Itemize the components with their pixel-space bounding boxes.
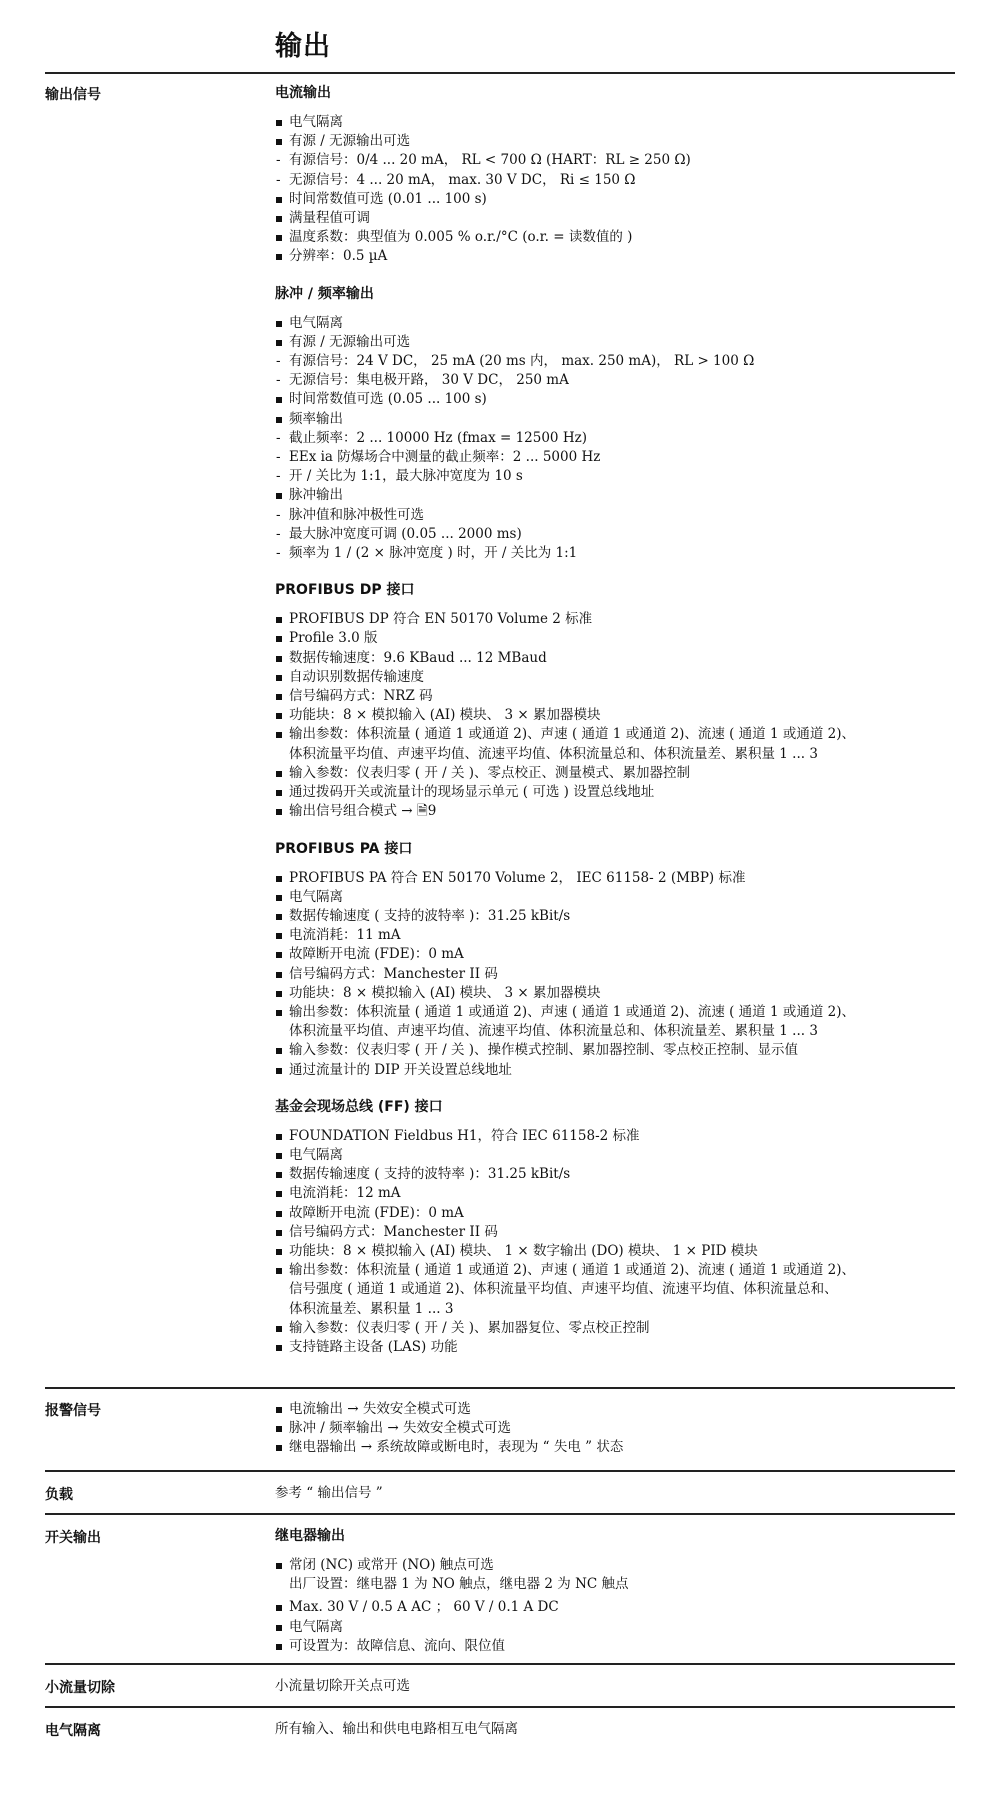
list-item: Max. 30 V / 0.5 A AC ； 60 V / 0.1 A DC [275,1598,955,1617]
list-item: 脉冲输出 脉冲值和脉冲极性可选 最大脉冲宽度可调 (0.05 ... 2000 … [275,486,955,563]
section-body: 小流量切除开关点可选 [275,1677,955,1696]
sub-list-item: 有源信号：0/4 ... 20 mA， RL < 700 Ω (HART：RL … [275,151,955,170]
list-item: 有源 / 无源输出可选 有源信号：24 V DC， 25 mA (20 ms 内… [275,333,955,391]
section-text: 参考 “ 输出信号 ” [275,1484,955,1503]
bullet-list: 电流输出 → 失效安全模式可选 脉冲 / 频率输出 → 失效安全模式可选 继电器… [275,1400,955,1458]
list-item: 输出参数：体积流量 ( 通道 1 或通道 2)、声速 ( 通道 1 或通道 2)… [275,1003,955,1041]
list-item-continuation: 体积流量平均值、声速平均值、流速平均值、体积流量总和、体积流量差、累积量 1 .… [289,745,955,764]
section-body: 所有输入、输出和供电电路相互电气隔离 [275,1720,955,1739]
list-item: Profile 3.0 版 [275,629,955,648]
section-divider [45,1706,955,1708]
list-item: 分辨率：0.5 µA [275,247,955,266]
list-item-continuation: 体积流量差、累积量 1 ... 3 [289,1300,955,1319]
list-item: 输出参数：体积流量 ( 通道 1 或通道 2)、声速 ( 通道 1 或通道 2)… [275,725,955,763]
title-divider [45,72,955,74]
list-item: 常闭 (NC) 或常开 (NO) 触点可选出厂设置：继电器 1 为 NO 触点，… [275,1556,955,1594]
list-item: 支持链路主设备 (LAS) 功能 [275,1338,955,1357]
section-divider [45,1387,955,1389]
list-item: 功能块：8 × 模拟输入 (AI) 模块、 3 × 累加器模块 [275,706,955,725]
list-item: FOUNDATION Fieldbus H1，符合 IEC 61158-2 标准 [275,1127,955,1146]
group-profibus-pa: PROFIBUS PA 接口 PROFIBUS PA 符合 EN 50170 V… [275,840,955,1080]
list-item: PROFIBUS DP 符合 EN 50170 Volume 2 标准 [275,610,955,629]
list-item: 温度系数：典型值为 0.005 % o.r./°C (o.r. = 读数值的 ) [275,228,955,247]
list-item: 满量程值可调 [275,209,955,228]
sub-list-item: 频率为 1 / (2 × 脉冲宽度 ) 时，开 / 关比为 1:1 [275,544,955,563]
list-item: 数据传输速度：9.6 KBaud ... 12 MBaud [275,649,955,668]
sub-list: 有源信号：0/4 ... 20 mA， RL < 700 Ω (HART：RL … [275,151,955,189]
group-title: 基金会现场总线 (FF) 接口 [275,1098,955,1117]
list-item: 数据传输速度 ( 支持的波特率 )：31.25 kBit/s [275,1165,955,1184]
list-item: 通过拨码开关或流量计的现场显示单元 ( 可选 ) 设置总线地址 [275,783,955,802]
list-item: 频率输出 截止频率：2 ... 10000 Hz (fmax = 12500 H… [275,410,955,487]
group-current-output: 电流输出 电气隔离 有源 / 无源输出可选 有源信号：0/4 ... 20 mA… [275,84,955,267]
group-title: 电流输出 [275,84,955,103]
list-item: 功能块：8 × 模拟输入 (AI) 模块、 1 × 数字输出 (DO) 模块、 … [275,1242,955,1261]
list-item: 电气隔离 [275,1146,955,1165]
section-body: 电流输出 电气隔离 有源 / 无源输出可选 有源信号：0/4 ... 20 mA… [275,84,955,1375]
list-item: 故障断开电流 (FDE)：0 mA [275,945,955,964]
section-body: 电流输出 → 失效安全模式可选 脉冲 / 频率输出 → 失效安全模式可选 继电器… [275,1400,955,1458]
list-item: 输出参数：体积流量 ( 通道 1 或通道 2)、声速 ( 通道 1 或通道 2)… [275,1261,955,1319]
section-divider [45,1513,955,1515]
sub-list-item: 无源信号：4 ... 20 mA， max. 30 V DC， Ri ≤ 150… [275,171,955,190]
group-title: PROFIBUS DP 接口 [275,581,955,600]
list-item: 信号编码方式：Manchester II 码 [275,965,955,984]
list-item: 继电器输出 → 系统故障或断电时，表现为 “ 失电 ” 状态 [275,1438,955,1457]
group-profibus-dp: PROFIBUS DP 接口 PROFIBUS DP 符合 EN 50170 V… [275,581,955,821]
list-item: 输出信号组合模式 → 🗎9 [275,802,955,821]
list-item: 脉冲 / 频率输出 → 失效安全模式可选 [275,1419,955,1438]
sub-list: 脉冲值和脉冲极性可选 最大脉冲宽度可调 (0.05 ... 2000 ms) 频… [275,506,955,564]
list-item: PROFIBUS PA 符合 EN 50170 Volume 2， IEC 61… [275,869,955,888]
list-item-continuation: 信号强度 ( 通道 1 或通道 2)、体积流量平均值、声速平均值、流速平均值、体… [289,1280,955,1299]
section-label: 输出信号 [45,84,101,104]
list-item: 电气隔离 [275,1618,955,1637]
list-item: 故障断开电流 (FDE)：0 mA [275,1204,955,1223]
list-item: 有源 / 无源输出可选 有源信号：0/4 ... 20 mA， RL < 700… [275,132,955,190]
list-item: 电气隔离 [275,314,955,333]
list-item: 数据传输速度 ( 支持的波特率 )：31.25 kBit/s [275,907,955,926]
group-foundation-fieldbus: 基金会现场总线 (FF) 接口 FOUNDATION Fieldbus H1，符… [275,1098,955,1357]
page-title: 输出 [275,24,331,63]
section-label: 报警信号 [45,1400,101,1420]
sub-list-item: 开 / 关比为 1:1，最大脉冲宽度为 10 s [275,467,955,486]
section-label: 负载 [45,1484,73,1504]
list-item: 电流消耗：12 mA [275,1184,955,1203]
list-item: 输入参数：仪表归零 ( 开 / 关 )、累加器复位、零点校正控制 [275,1319,955,1338]
list-item: 信号编码方式：NRZ 码 [275,687,955,706]
list-item: 自动识别数据传输速度 [275,668,955,687]
bullet-list: 常闭 (NC) 或常开 (NO) 触点可选出厂设置：继电器 1 为 NO 触点，… [275,1556,955,1656]
section-divider [45,1663,955,1665]
list-item: 电气隔离 [275,113,955,132]
group-title: 继电器输出 [275,1527,955,1546]
list-item-continuation: 体积流量平均值、声速平均值、流速平均值、体积流量总和、体积流量差、累积量 1 .… [289,1022,955,1041]
sub-list-item: 最大脉冲宽度可调 (0.05 ... 2000 ms) [275,525,955,544]
section-label: 开关输出 [45,1527,101,1547]
group-title: PROFIBUS PA 接口 [275,840,955,859]
section-label: 小流量切除 [45,1677,115,1697]
bullet-list: PROFIBUS DP 符合 EN 50170 Volume 2 标准 Prof… [275,610,955,821]
sub-list: 截止频率：2 ... 10000 Hz (fmax = 12500 Hz) EE… [275,429,955,487]
group-pulse-frequency-output: 脉冲 / 频率输出 电气隔离 有源 / 无源输出可选 有源信号：24 V DC，… [275,285,955,564]
sub-list-item: EEx ia 防爆场合中测量的截止频率：2 ... 5000 Hz [275,448,955,467]
section-body: 参考 “ 输出信号 ” [275,1484,955,1503]
list-item: 可设置为：故障信息、流向、限位值 [275,1637,955,1656]
list-item: 信号编码方式：Manchester II 码 [275,1223,955,1242]
bullet-list: FOUNDATION Fieldbus H1，符合 IEC 61158-2 标准… [275,1127,955,1357]
list-item-continuation: 出厂设置：继电器 1 为 NO 触点，继电器 2 为 NC 触点 [289,1575,955,1594]
list-item: 时间常数值可选 (0.01 ... 100 s) [275,190,955,209]
list-item: 时间常数值可选 (0.05 ... 100 s) [275,390,955,409]
section-divider [45,1470,955,1472]
sub-list-item: 有源信号：24 V DC， 25 mA (20 ms 内， max. 250 m… [275,352,955,371]
section-label: 电气隔离 [45,1720,101,1740]
sub-list-item: 脉冲值和脉冲极性可选 [275,506,955,525]
section-text: 所有输入、输出和供电电路相互电气隔离 [275,1720,955,1739]
list-item: 通过流量计的 DIP 开关设置总线地址 [275,1061,955,1080]
group-title: 脉冲 / 频率输出 [275,285,955,304]
section-text: 小流量切除开关点可选 [275,1677,955,1696]
list-item: 功能块：8 × 模拟输入 (AI) 模块、 3 × 累加器模块 [275,984,955,1003]
page-reference-link[interactable]: 输出信号组合模式 → 🗎9 [289,803,436,819]
list-item: 输入参数：仪表归零 ( 开 / 关 )、操作模式控制、累加器控制、零点校正控制、… [275,1041,955,1060]
sub-list-item: 截止频率：2 ... 10000 Hz (fmax = 12500 Hz) [275,429,955,448]
list-item: 输入参数：仪表归零 ( 开 / 关 )、零点校正、测量模式、累加器控制 [275,764,955,783]
section-body: 继电器输出 常闭 (NC) 或常开 (NO) 触点可选出厂设置：继电器 1 为 … [275,1527,955,1656]
bullet-list: 电气隔离 有源 / 无源输出可选 有源信号：24 V DC， 25 mA (20… [275,314,955,564]
bullet-list: 电气隔离 有源 / 无源输出可选 有源信号：0/4 ... 20 mA， RL … [275,113,955,267]
list-item: 电流输出 → 失效安全模式可选 [275,1400,955,1419]
sub-list: 有源信号：24 V DC， 25 mA (20 ms 内， max. 250 m… [275,352,955,390]
list-item: 电流消耗：11 mA [275,926,955,945]
bullet-list: PROFIBUS PA 符合 EN 50170 Volume 2， IEC 61… [275,869,955,1080]
sub-list-item: 无源信号：集电极开路， 30 V DC， 250 mA [275,371,955,390]
list-item: 电气隔离 [275,888,955,907]
